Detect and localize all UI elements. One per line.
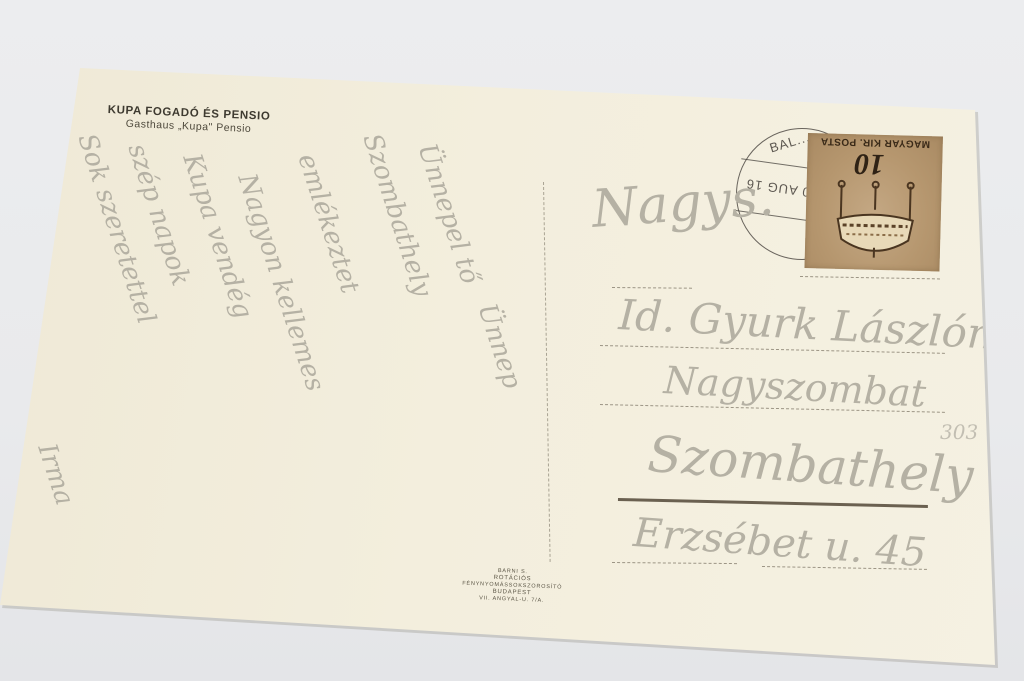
postcard-header: KUPA FOGADÓ ÉS PENSIO Gasthaus „Kupa" Pe… — [107, 104, 271, 137]
postmark-place: BAL... — [768, 129, 812, 155]
address-city: Szombathely — [646, 425, 975, 506]
stamp-value: 10 — [839, 146, 900, 182]
postage-stamp: MAGYAR KIR. POSTA 10 — [804, 133, 942, 271]
margin-note: 303 — [940, 420, 978, 444]
postcard: KUPA FOGADÓ ÉS PENSIO Gasthaus „Kupa" Pe… — [0, 0, 1024, 681]
address-line — [612, 562, 737, 564]
address-line — [800, 276, 940, 279]
address-recipient: Id. Gyurk Lászlóné — [617, 290, 1020, 360]
address-salutation: Nagys. — [590, 167, 776, 240]
printer-mark: BARNI S. ROTÁCIÓS FÉNYNYOMÁSSOKSZOROSÍTÓ… — [447, 566, 578, 606]
message-signature: Irma — [31, 440, 79, 509]
divider-line — [543, 182, 551, 562]
message-line: emlékeztet — [291, 150, 364, 297]
crown-icon — [832, 179, 919, 259]
address-underline — [618, 498, 928, 508]
message-line: Ünnep — [471, 300, 527, 392]
address-line — [612, 287, 692, 289]
